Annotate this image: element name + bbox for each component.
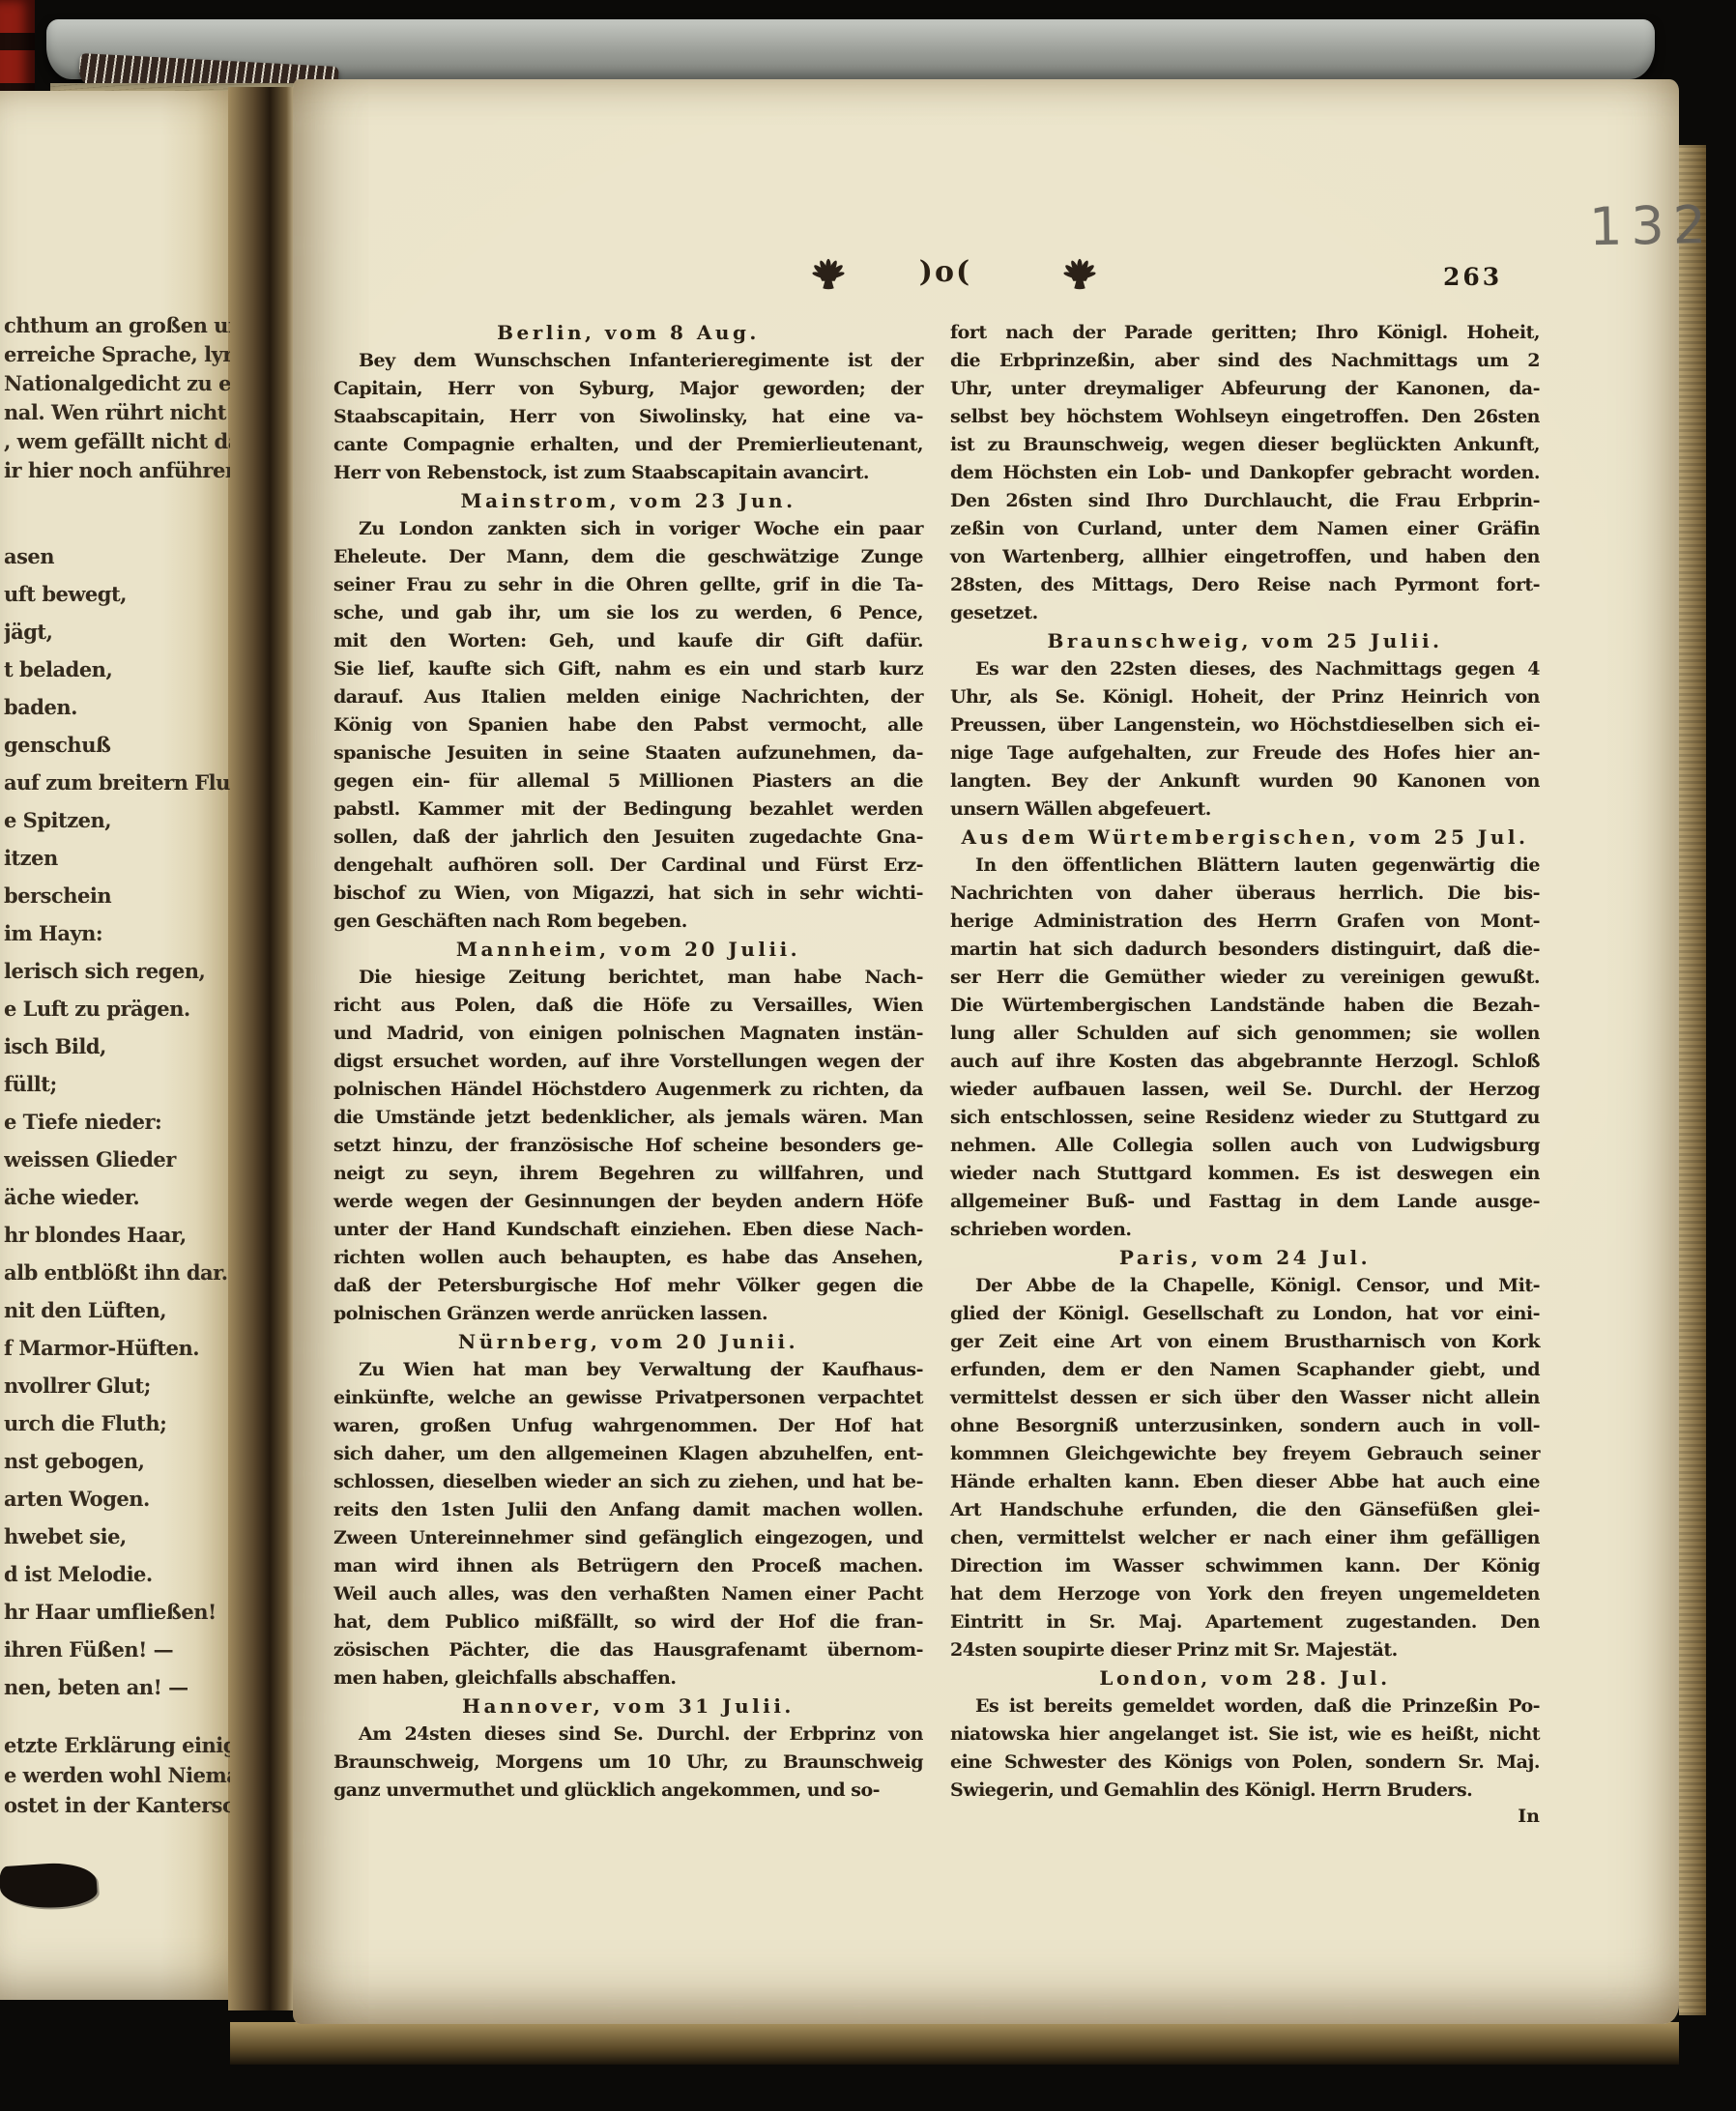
text-line: eine Schwester des Königs von Polen, son…: [950, 1749, 1540, 1777]
fragment-line: auf zum breitern Fluß,: [4, 764, 230, 801]
text-line: Bey dem Wunschschen Infanterieregimente …: [333, 347, 923, 375]
text-line: wieder aufbauen lassen, weil Se. Durchl.…: [950, 1076, 1540, 1104]
text-line: cante Compagnie erhalten, und der Premie…: [333, 431, 923, 459]
text-line: polnischen Händel Höchstdero Augenmerk z…: [333, 1076, 923, 1104]
text-line: hat, dem Publico mißfällt, so wird der H…: [333, 1608, 923, 1636]
fragment-line: t beladen,: [4, 651, 230, 688]
text-line: setzt hinzu, der französische Hof schein…: [333, 1132, 923, 1160]
text-line: niatowska hier angelanget ist. Sie ist, …: [950, 1721, 1540, 1749]
text-line: richten wollen auch behaupten, es habe d…: [333, 1244, 923, 1272]
text-line: selbst bey höchstem Wohlseyn eingetroffe…: [950, 403, 1540, 431]
facing-page-prose-top: chthum an großen underreiche Sprache, ly…: [4, 311, 230, 485]
fragment-line: nen, beten an! —: [4, 1668, 230, 1706]
text-line: auch auf ihre Kosten das abgebrannte Her…: [950, 1048, 1540, 1076]
fragment-line: uft bewegt,: [4, 575, 230, 613]
fragment-line: nit den Lüften,: [4, 1291, 230, 1329]
text-line: martin hat sich dadurch besonders distin…: [950, 936, 1540, 964]
text-line: erfunden, dem er den Namen Scaphander gi…: [950, 1356, 1540, 1384]
text-line: die Umstände jetzt bedenklicher, als jem…: [333, 1104, 923, 1132]
section-heading: Aus dem Würtembergischen, vom 25 Jul.: [950, 824, 1540, 852]
text-line: richt aus Polen, daß die Höfe zu Versail…: [333, 992, 923, 1020]
text-line: Zu Wien hat man bey Verwaltung der Kaufh…: [333, 1356, 923, 1384]
section-heading: Nürnberg, vom 20 Junii.: [333, 1328, 923, 1356]
text-line: zeßin von Curland, unter dem Namen einer…: [950, 515, 1540, 543]
text-line: Hände erhalten kann. Eben dieser Abbe ha…: [950, 1468, 1540, 1496]
fragment-line: hwebet sie,: [4, 1518, 230, 1555]
text-line: pabstl. Kammer mit der Bedingung bezahle…: [333, 795, 923, 824]
text-line: polnischen Gränzen werde anrücken lassen…: [333, 1300, 923, 1328]
facing-page-verse: asenuft bewegt,jägt,t beladen,baden.gens…: [4, 537, 230, 1706]
text-line: digst ersuchet worden, auf ihre Vorstell…: [333, 1048, 923, 1076]
fragment-line: jägt,: [4, 613, 230, 651]
section-heading: Braunschweig, vom 25 Julii.: [950, 627, 1540, 655]
fragment-line: genschuß: [4, 726, 230, 764]
text-line: fort nach der Parade geritten; Ihro Köni…: [950, 319, 1540, 347]
text-line: darauf. Aus Italien melden einige Nachri…: [333, 683, 923, 711]
text-line: bischof zu Wien, von Migazzi, hat sich i…: [333, 880, 923, 908]
fragment-line: nal. Wen rührt nicht: [4, 398, 230, 427]
text-line: werde wegen der Gesinnungen der beyden a…: [333, 1188, 923, 1216]
folio-pencil-number: 132: [1588, 194, 1734, 258]
section-heading: Paris, vom 24 Jul.: [950, 1244, 1540, 1272]
fragment-line: erreiche Sprache, lyri-: [4, 340, 230, 369]
text-line: Eintritt in Sr. Maj. Apartement zugestan…: [950, 1608, 1540, 1636]
text-line: Weil auch alles, was den verhaßten Namen…: [333, 1580, 923, 1608]
text-line: chen, vermittelst welcher er nach einer …: [950, 1524, 1540, 1552]
fragment-line: nst gebogen,: [4, 1442, 230, 1480]
fragment-line: alb entblößt ihn dar.: [4, 1254, 230, 1291]
text-line: Swiegerin, und Gemahlin des Königl. Herr…: [950, 1777, 1540, 1805]
fragment-line: e Luft zu prägen.: [4, 990, 230, 1027]
text-line: schrieben worden.: [950, 1216, 1540, 1244]
text-line: gesetzet.: [950, 599, 1540, 627]
text-line: Capitain, Herr von Syburg, Major geworde…: [333, 375, 923, 403]
text-line: Herr von Rebenstock, ist zum Staabscapit…: [333, 459, 923, 487]
text-line: Zween Untereinnehmer sind gefänglich ein…: [333, 1524, 923, 1552]
text-line: glied der Königl. Gesellschaft zu London…: [950, 1300, 1540, 1328]
text-line: die Erbprinzeßin, aber sind des Nachmitt…: [950, 347, 1540, 375]
fragment-line: berschein: [4, 877, 230, 914]
text-line: nehmen. Alle Collegia sollen auch von Lu…: [950, 1132, 1540, 1160]
text-line: ger Zeit eine Art von einem Brustharnisc…: [950, 1328, 1540, 1356]
catchword: In: [950, 1806, 1540, 1827]
fragment-line: weissen Glieder: [4, 1141, 230, 1178]
text-line: Uhr, unter dreymaliger Abfeurung der Kan…: [950, 375, 1540, 403]
fragment-line: e Tiefe nieder:: [4, 1103, 230, 1141]
text-line: Die Würtembergischen Landstände haben di…: [950, 992, 1540, 1020]
fragment-line: e Spitzen,: [4, 801, 230, 839]
text-line: von Wartenberg, allhier eingetroffen, un…: [950, 543, 1540, 571]
fragment-line: itzen: [4, 839, 230, 877]
text-line: König von Spanien habe den Pabst vermoch…: [333, 711, 923, 739]
text-line: Sie lief, kaufte sich Gift, nahm es ein …: [333, 655, 923, 683]
fleuron-ornament-icon: [808, 257, 849, 294]
text-line: Es war den 22sten dieses, des Nachmittag…: [950, 655, 1540, 683]
text-line: Preussen, über Langenstein, wo Höchstdie…: [950, 711, 1540, 739]
text-line: mit den Worten: Geh, und kaufe dir Gift …: [333, 627, 923, 655]
text-line: schlossen, dieselben wieder an sich zu z…: [333, 1468, 923, 1496]
fragment-line: etzte Erklärung einige: [4, 1730, 230, 1760]
text-line: herige Administration des Herrn Grafen v…: [950, 908, 1540, 936]
text-line: Am 24sten dieses sind Se. Durchl. der Er…: [333, 1721, 923, 1749]
fragment-line: füllt;: [4, 1065, 230, 1103]
section-heading: Berlin, vom 8 Aug.: [333, 319, 923, 347]
fragment-line: urch die Fluth;: [4, 1404, 230, 1442]
text-line: unter der Hand Kundschaft einziehen. Ebe…: [333, 1216, 923, 1244]
fragment-line: chthum an großen und: [4, 311, 230, 340]
text-line: ganz unvermuthet und glücklich angekomme…: [333, 1777, 923, 1805]
fragment-line: ihren Füßen! —: [4, 1631, 230, 1668]
text-line: daß der Petersburgische Hof mehr Völker …: [333, 1272, 923, 1300]
text-line: Art Handschuhe erfunden, die den Gänsefü…: [950, 1496, 1540, 1524]
text-line: Staabscapitain, Herr von Siwolinsky, hat…: [333, 403, 923, 431]
text-line: Uhr, als Se. Königl. Hoheit, der Prinz H…: [950, 683, 1540, 711]
text-line: unsern Wällen abgefeuert.: [950, 795, 1540, 824]
text-column-right: fort nach der Parade geritten; Ihro Köni…: [950, 319, 1540, 1805]
text-line: Die hiesige Zeitung berichtet, man habe …: [333, 964, 923, 992]
fragment-line: arten Wogen.: [4, 1480, 230, 1518]
fragment-line: nvollrer Glut;: [4, 1367, 230, 1404]
fragment-line: hr blondes Haar,: [4, 1216, 230, 1254]
text-line: 24sten soupirte dieser Prinz mit Sr. Maj…: [950, 1636, 1540, 1664]
text-column-left: Berlin, vom 8 Aug.Bey dem Wunschschen In…: [333, 319, 923, 1805]
text-line: einkünfte, welche an gewisse Privatperso…: [333, 1384, 923, 1412]
text-line: Braunschweig, Morgens um 10 Uhr, zu Brau…: [333, 1749, 923, 1777]
text-line: Eheleute. Der Mann, dem die geschwätzige…: [333, 543, 923, 571]
header-divider: )o(: [905, 255, 986, 289]
text-line: seiner Frau zu sehr in die Ohren gellte,…: [333, 571, 923, 599]
book-gutter: [228, 87, 296, 2010]
fragment-line: , wem gefällt nicht das: [4, 427, 230, 456]
text-line: langten. Bey der Ankunft wurden 90 Kanon…: [950, 767, 1540, 795]
text-line: reits den 1sten Julii den Anfang damit m…: [333, 1496, 923, 1524]
page-number: 263: [1443, 263, 1530, 291]
section-heading: Mainstrom, vom 23 Jun.: [333, 487, 923, 515]
fragment-line: d ist Melodie.: [4, 1555, 230, 1593]
text-line: allgemeiner Buß- und Fasttag in dem Land…: [950, 1188, 1540, 1216]
text-line: sche, und gab ihr, um sie los zu werden,…: [333, 599, 923, 627]
text-line: waren, großen Unfug wahrgenommen. Der Ho…: [333, 1412, 923, 1440]
section-heading: Hannover, vom 31 Julii.: [333, 1692, 923, 1721]
text-line: zösischen Pächter, die das Hausgrafenamt…: [333, 1636, 923, 1664]
text-line: neigt zu seyn, ihrem Begehren zu willfah…: [333, 1160, 923, 1188]
text-line: sich daher, um den allgemeinen Klagen ab…: [333, 1440, 923, 1468]
fragment-line: f Marmor-Hüften.: [4, 1329, 230, 1367]
text-line: vermittelst dessen er sich über den Wass…: [950, 1384, 1540, 1412]
text-line: ser Herr die Gemüther wieder zu vereinig…: [950, 964, 1540, 992]
text-line: men haben, gleichfalls abschaffen.: [333, 1664, 923, 1692]
fragment-line: isch Bild,: [4, 1027, 230, 1065]
facing-page-prose-bottom: etzte Erklärung einigee werden wohl Niem…: [4, 1730, 230, 1820]
text-line: ist zu Braunschweig, wegen dieser beglüc…: [950, 431, 1540, 459]
text-line: spanische Jesuiten in seine Staaten aufz…: [333, 739, 923, 767]
text-line: kommnen Gleichgewichte bey freyem Gebrau…: [950, 1440, 1540, 1468]
fleuron-ornament-icon: [1059, 257, 1100, 294]
text-line: Nachrichten von daher überaus herrlich. …: [950, 880, 1540, 908]
text-line: Es ist bereits gemeldet worden, daß die …: [950, 1692, 1540, 1721]
section-heading: London, vom 28. Jul.: [950, 1664, 1540, 1692]
book-scan: chthum an großen underreiche Sprache, ly…: [0, 0, 1736, 2111]
text-line: 28sten, des Mittags, Dero Reise nach Pyr…: [950, 571, 1540, 599]
text-line: sich entschlossen, seine Residenz wieder…: [950, 1104, 1540, 1132]
text-line: Den 26sten sind Ihro Durchlaucht, die Fr…: [950, 487, 1540, 515]
fragment-line: asen: [4, 537, 230, 575]
text-line: Zu London zankten sich in voriger Woche …: [333, 515, 923, 543]
text-line: dengehalt aufhören soll. Der Cardinal un…: [333, 852, 923, 880]
text-line: hat dem Herzoge von York den freyen unge…: [950, 1580, 1540, 1608]
fragment-line: ostet in der Kanterschen: [4, 1790, 230, 1820]
text-line: In den öffentlichen Blättern lauten gege…: [950, 852, 1540, 880]
text-line: sollen, daß der jahrlich den Jesuiten zu…: [333, 824, 923, 852]
fragment-line: baden.: [4, 688, 230, 726]
fragment-line: ir hier noch anführen: [4, 456, 230, 485]
text-line: wieder nach Stuttgard kommen. Es ist des…: [950, 1160, 1540, 1188]
fragment-line: Nationalgedicht zu ei-: [4, 369, 230, 398]
text-line: dem Höchsten ein Lob- und Dankopfer gebr…: [950, 459, 1540, 487]
fragment-line: hr Haar umfließen!: [4, 1593, 230, 1631]
text-line: Direction im Wasser schwimmen kann. Der …: [950, 1552, 1540, 1580]
text-line: gegen ein- für allemal 5 Millionen Piast…: [333, 767, 923, 795]
text-line: gen Geschäften nach Rom begeben.: [333, 908, 923, 936]
text-line: und Madrid, von einigen polnischen Magna…: [333, 1020, 923, 1048]
text-line: Der Abbe de la Chapelle, Königl. Censor,…: [950, 1272, 1540, 1300]
page-right-edges: [1679, 145, 1706, 2015]
fragment-line: lerisch sich regen,: [4, 952, 230, 990]
fragment-line: äche wieder.: [4, 1178, 230, 1216]
page-bottom-edges: [230, 2022, 1679, 2065]
text-line: lung aller Schulden auf sich genommen; s…: [950, 1020, 1540, 1048]
section-heading: Mannheim, vom 20 Julii.: [333, 936, 923, 964]
text-line: man wird ihnen als Betrügern den Proceß …: [333, 1552, 923, 1580]
text-line: ohne Besorgniß unterzusinken, sondern au…: [950, 1412, 1540, 1440]
fragment-line: e werden wohl Nieman-: [4, 1760, 230, 1790]
fragment-line: im Hayn:: [4, 914, 230, 952]
text-line: nige Tage aufgehalten, zur Freude des Ho…: [950, 739, 1540, 767]
